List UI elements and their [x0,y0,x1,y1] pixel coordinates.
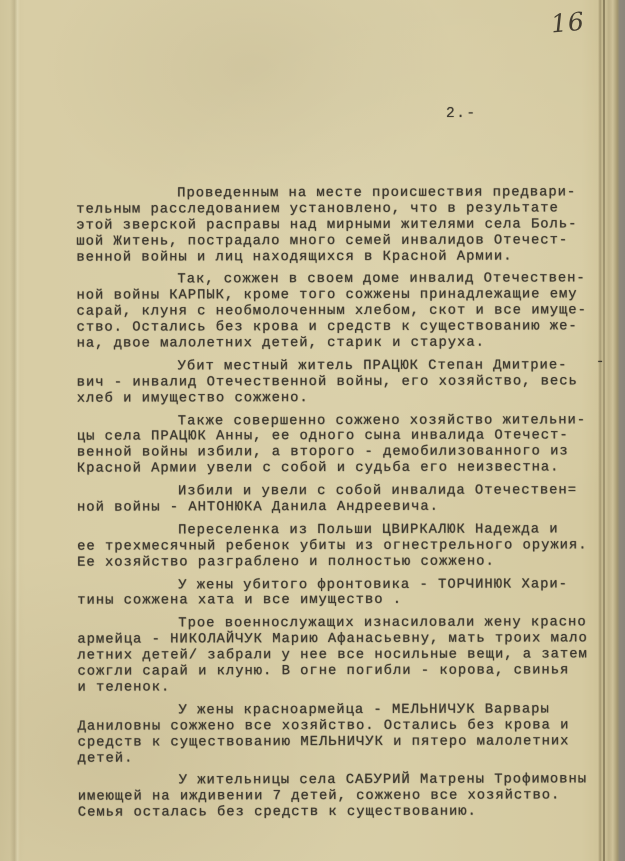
text-line: ной войны - АНТОНЮКА Данила Андреевича. [77,499,587,516]
paragraph: Убит местный житель ПРАЦЮК Степан Дмитри… [77,358,587,407]
paragraph: Также совершенно сожжено хозяйство жител… [77,413,588,478]
paper-crease [10,0,20,861]
text-line: вич - инвалид Отечественной войны, его х… [77,374,587,391]
text-line: тельным расследованием установлено, что … [76,201,586,218]
scanned-document-page: 16 2.- - Проведенным на месте происшеств… [0,0,625,861]
text-line: цы села ПРАЦЮК Анны, ее одного сына инва… [77,429,587,446]
paragraph: Так, сожжен в своем доме инвалид Отечест… [76,272,587,353]
text-line: У жительницы села САБУРИЙ Матрены Трофим… [78,773,588,790]
text-line: ее трехмесячный ребенок убиты из огнестр… [77,538,587,555]
text-line: У жены убитого фронтовика - ТОРЧИНЮК Хар… [77,577,587,594]
text-line: имеющей на иждивении 7 детей, сожжено вс… [78,789,588,806]
paragraph: Переселенка из Польши ЦВИРКАЛЮК Надежда … [77,522,587,571]
text-line: и теленок. [77,679,587,696]
text-line: ной войны КАРПЫК, кроме того сожжены при… [76,288,586,305]
text-line: Красной Армии увели с собой и судьба его… [77,461,587,478]
text-line: У жены красноармейца - МЕЛЬНИЧУК Варвары [78,702,588,719]
text-line: Убит местный житель ПРАЦЮК Степан Дмитри… [77,358,587,375]
paragraph: У жены убитого фронтовика - ТОРЧИНЮК Хар… [77,577,587,610]
document-body: Проведенным на месте происшествия предва… [76,185,588,828]
text-line: шой Житень, пострадало много семей инвал… [76,233,586,250]
text-line: венной войны и лиц находящихся в Красной… [76,249,586,266]
text-line: на, двое малолетних детей, старик и стар… [77,335,587,352]
text-line: Избили и увели с собой инвалида Отечеств… [77,483,587,500]
text-line: детей. [78,750,588,767]
text-line: сарай, клуня с необмолоченным хлебом, ск… [76,304,586,321]
text-line: Переселенка из Польши ЦВИРКАЛЮК Надежда … [77,522,587,539]
text-line: Проведенным на месте происшествия предва… [76,185,586,202]
page-edge-line [603,0,605,861]
text-line: Трое военнослужащих изнасиловали жену кр… [77,616,587,633]
paragraph: У жены красноармейца - МЕЛЬНИЧУК Варвары… [78,702,589,767]
text-line: тины сожжена хата и все имущество . [77,593,587,610]
text-line: этой зверской расправы над мирными жител… [76,217,586,234]
paragraph: У жительницы села САБУРИЙ Матрены Трофим… [78,773,588,822]
text-line: хлеб и имущество сожжено. [77,390,587,407]
typed-page-number: 2.- [446,106,477,122]
text-line: Ее хозяйство разграблено и полностью сож… [77,554,587,571]
text-line: сожгли сарай и клуню. В огне погибли - к… [77,663,587,680]
text-line: Так, сожжен в своем доме инвалид Отечест… [76,272,586,289]
text-line: средств к существованию МЕЛЬНИЧУК и пяте… [78,734,588,751]
text-line: Семья осталась без средств к существован… [78,805,588,822]
text-line: ство. Остались без крова и средств к сущ… [77,319,587,336]
handwritten-folio-number: 16 [550,7,586,39]
paragraph: Трое военнослужащих изнасиловали жену кр… [77,616,588,697]
paragraph: Избили и увели с собой инвалида Отечеств… [77,483,587,516]
margin-stray-mark: - [596,355,604,370]
paragraph: Проведенным на месте происшествия предва… [76,185,587,266]
text-line: венной войны избили, а второго - демобил… [77,445,587,462]
text-line: летних детей/ забрали у нее все носильны… [77,647,587,664]
text-line: Даниловны сожжено все хозяйство. Осталис… [78,718,588,735]
text-line: армейца - НИКОЛАЙЧУК Марию Афанасьевну, … [77,632,587,649]
